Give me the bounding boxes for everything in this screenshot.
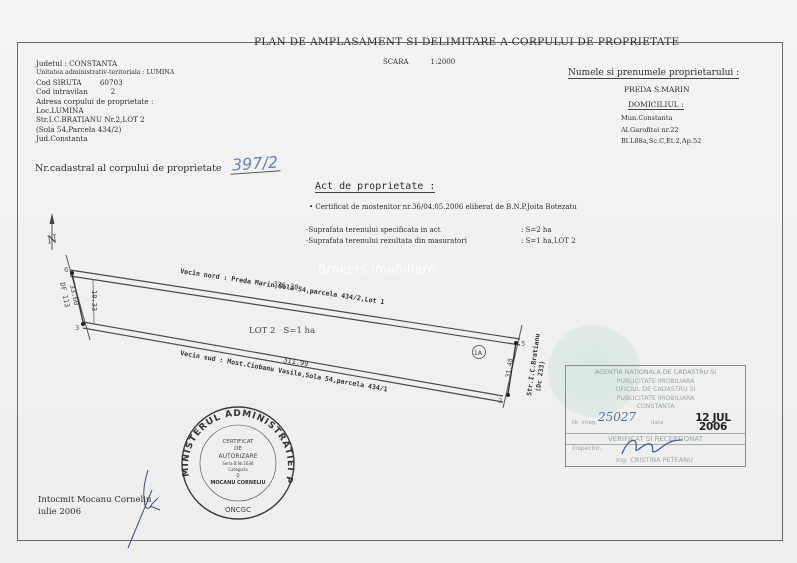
inspector-label: Inspector,: [572, 445, 602, 454]
prepared-date: iulie 2006: [38, 506, 151, 518]
svg-text:311.99: 311.99: [283, 356, 309, 368]
footer: Intocmit Mocanu Corneliu iulie 2006: [38, 494, 151, 518]
cadastre-office-stamp: AGENTIA NATIONALA DE CADASTRU SI PUBLICI…: [565, 365, 746, 467]
registration-label: Nr. inreg.: [572, 419, 597, 428]
watermark: Brokers imobiliare: [318, 262, 436, 276]
svg-text:10.33: 10.33: [90, 290, 98, 311]
svg-text:31.48: 31.48: [504, 358, 515, 379]
svg-text:MOCANU CORNELIU: MOCANU CORNELIU: [210, 480, 265, 486]
svg-text:LOT 2 S=1 ha: LOT 2 S=1 ha: [249, 326, 315, 336]
svg-text:6: 6: [64, 266, 69, 274]
svg-text:DE: DE: [234, 446, 242, 452]
authorization-stamp: MINISTERUL ADMINISTRATIEI PUBLICE CERTIF…: [0, 0, 295, 519]
svg-text:ONCGC: ONCGC: [225, 506, 251, 514]
svg-text:AUTORIZARE: AUTORIZARE: [219, 453, 258, 460]
svg-text:D: D: [236, 473, 239, 478]
stamp-date: 12 JUL 2006: [681, 414, 745, 431]
registration-number: 25027: [598, 413, 636, 422]
stamp-line: CONSTANTA: [566, 403, 745, 412]
svg-text:5: 5: [521, 340, 525, 348]
svg-text:MINISTERUL ADMINISTRATIEI PUBL: MINISTERUL ADMINISTRATIEI PUBLICE: [0, 0, 295, 485]
svg-text:Categoria: Categoria: [228, 467, 248, 472]
scanned-sheet: PLAN DE AMPLASAMENT SI DELIMITARE A CORP…: [0, 0, 797, 563]
stamp-line: PUBLICITATE IMOBILIARA: [566, 395, 745, 404]
svg-text:N: N: [46, 232, 58, 246]
stamp-line: AGENTIA NATIONALA DE CADASTRU SI: [566, 369, 745, 378]
svg-text:Seria B Nr.1638: Seria B Nr.1638: [222, 461, 254, 466]
stamp-line: OFICIUL DE CADASTRU SI: [566, 386, 745, 395]
stamp-line: PUBLICITATE IMOBILIARA: [566, 378, 745, 387]
svg-text:2: 2: [498, 397, 502, 405]
inspector-signature: [618, 434, 688, 462]
svg-text:CERTIFICAT: CERTIFICAT: [222, 439, 254, 445]
north-arrow-icon: N: [46, 213, 58, 250]
site-plan: N 6 3 5 2 33.60 DF 113 10.33 Vecin nord …: [0, 0, 797, 563]
date-label: data: [651, 419, 663, 428]
prepared-by: Intocmit Mocanu Corneliu: [38, 494, 151, 506]
svg-text:3: 3: [75, 324, 79, 332]
svg-text:1A: 1A: [474, 350, 483, 357]
